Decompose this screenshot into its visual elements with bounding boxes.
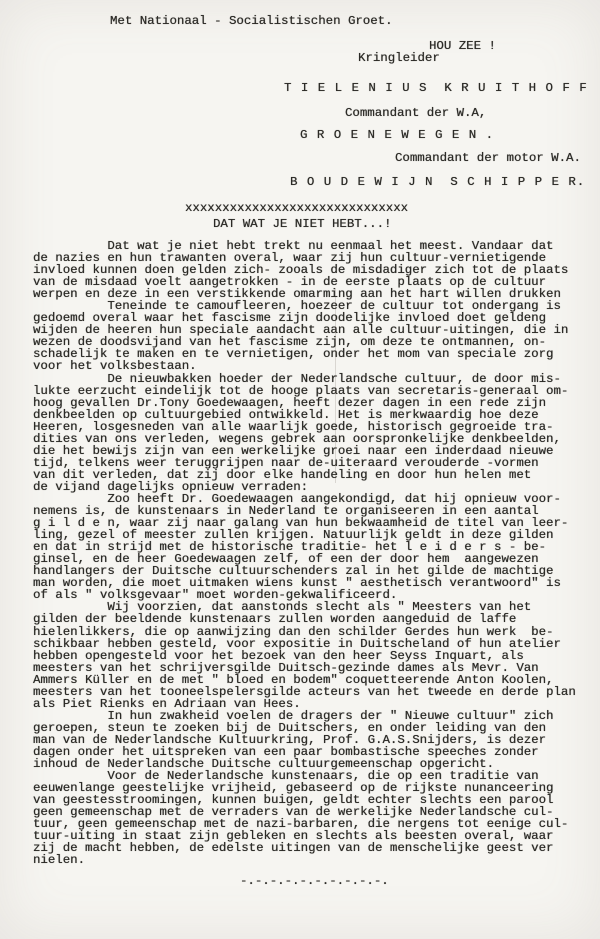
footer-divider: -.-.-.-.-.-.-.-.-.-. [240,875,389,887]
motor-wa-commandant-label: Commandant der motor W.A. [395,152,581,164]
signature-name-schipper: B O U D E W I J N S C H I P P E R. [290,176,585,188]
x-row-divider: xxxxxxxxxxxxxxxxxxxxxxxxxxxxxx [185,202,408,214]
closing-salutation: Met Nationaal - Socialistischen Groet. [110,15,393,27]
article-body: Dat wat je niet hebt trekt nu eenmaal he… [33,240,576,866]
wa-commandant-label: Commandant der W.A, [345,107,486,119]
kringleider-label: Kringleider [358,52,440,64]
typewritten-document-page: Met Nationaal - Socialistischen Groet. H… [0,0,600,939]
signature-name-kruithoff: T I E L E N I U S K R U I T H O F F [284,82,588,94]
article-title: DAT WAT JE NIET HEBT...! [213,218,391,230]
paper-crease [335,288,336,483]
signature-name-groenewegen: G R O E N E W E G E N . [300,129,494,141]
